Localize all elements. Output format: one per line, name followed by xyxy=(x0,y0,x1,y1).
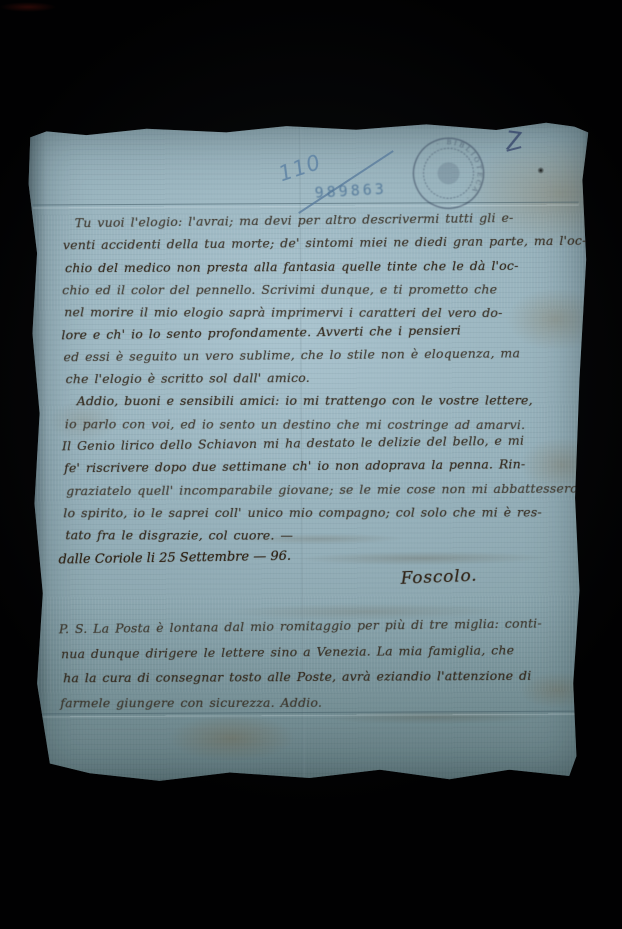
manuscript-line: Addio, buoni e sensibili amici: io mi tr… xyxy=(77,393,533,409)
fold-crease-bottom xyxy=(35,711,581,717)
letter-body: Tu vuoi l'elogio: l'avrai; ma devi per a… xyxy=(26,121,588,124)
manuscript-line: fe' riscrivere dopo due settimane ch' io… xyxy=(64,457,525,476)
page-number: 7 xyxy=(503,128,523,156)
manuscript-line: lore e ch' io lo sento profondamente. Av… xyxy=(61,322,461,342)
manuscript-line: lo spirito, io le saprei coll' unico mio… xyxy=(63,504,542,520)
manuscript-line: che l'elogio è scritto sol dall' amico. xyxy=(66,370,310,386)
manuscript-line: chio del medico non presta alla fantasia… xyxy=(65,257,519,274)
stamped-accession-number: 989863 xyxy=(314,180,387,202)
manuscript-line: nel morire il mio elogio saprà imprimerv… xyxy=(64,304,502,320)
manuscript-line: ed essi è seguito un vero sublime, che l… xyxy=(63,345,520,364)
manuscript-line: venti accidenti della tua morte; de' sin… xyxy=(63,233,587,253)
manuscript-line: farmele giungere con sicurezza. Addio. xyxy=(60,695,322,710)
letter-signature: Foscolo. xyxy=(400,566,478,589)
manuscript-line: tato fra le disgrazie, col cuore. — xyxy=(65,527,293,542)
manuscript-line: ha la cura di consegnar tosto alle Poste… xyxy=(63,668,531,685)
manuscript-line: graziatelo quell' incomparabile giovane;… xyxy=(66,480,578,498)
manuscript-line: Tu vuoi l'elogio: l'avrai; ma devi per a… xyxy=(75,210,514,230)
manuscript-line: chio ed il color del pennello. Scrivimi … xyxy=(62,281,497,297)
letter-dateline: dalle Coriole li 25 Settembre — 96. xyxy=(58,549,291,568)
letter-postscript: P. S. La Posta è lontana dal mio romitag… xyxy=(26,121,588,124)
manuscript-line: nua dunque dirigere le lettere sino a Ve… xyxy=(61,642,514,661)
photograph-background: 110 989863 · BIBLIOTECA · 7 Tu vuoi l'el… xyxy=(0,0,622,929)
manuscript-line: io parlo con voi, ed io sento un destino… xyxy=(65,416,525,432)
manuscript-line: P. S. La Posta è lontana dal mio romitag… xyxy=(59,615,542,636)
letter-paper: 110 989863 · BIBLIOTECA · 7 Tu vuoi l'el… xyxy=(26,121,591,786)
handwritten-archive-number: 110 xyxy=(276,152,324,185)
manuscript-line: Il Genio lirico dello Schiavon mi ha des… xyxy=(62,433,524,454)
